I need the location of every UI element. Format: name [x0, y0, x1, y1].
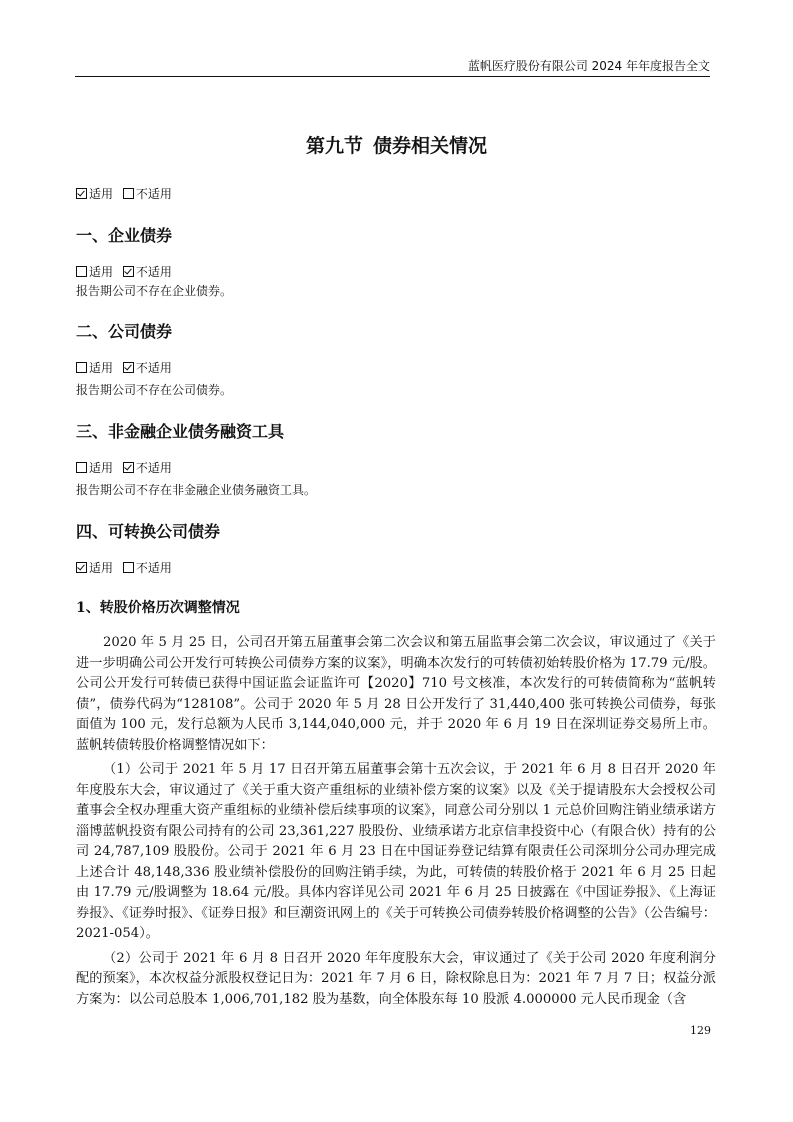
page-number: 129: [690, 1024, 711, 1037]
applicability-top: 适用 不适用: [76, 184, 716, 204]
not-applicable-label: 不适用: [136, 461, 172, 475]
checked-box-icon: [123, 362, 134, 373]
applicability-enterprise-bonds: 适用 不适用: [76, 262, 716, 282]
note-debt-financing: 报告期公司不存在非金融企业债务融资工具。: [76, 480, 716, 500]
applicability-debt-financing: 适用 不适用: [76, 458, 716, 478]
unchecked-box-icon: [123, 562, 134, 573]
body-text: 2020 年 5 月 25 日，公司召开第五届董事会第二次会议和第五届监事会第二…: [76, 633, 716, 1010]
not-applicable-label: 不适用: [136, 187, 172, 201]
not-applicable-label: 不适用: [136, 265, 172, 279]
applicable-label: 适用: [89, 461, 113, 475]
title-section-number: 第九节: [306, 135, 363, 157]
title-section-name: 债券相关情况: [373, 135, 487, 157]
paragraph-issuance: 2020 年 5 月 25 日，公司召开第五届董事会第二次会议和第五届监事会第二…: [76, 633, 716, 756]
applicable-label: 适用: [89, 561, 113, 575]
unchecked-box-icon: [76, 266, 87, 277]
applicable-label: 适用: [89, 265, 113, 279]
applicable-label: 适用: [89, 187, 113, 201]
page-header: 蓝帆医疗股份有限公司 2024 年年度报告全文: [75, 55, 710, 77]
header-text: 蓝帆医疗股份有限公司 2024 年年度报告全文: [468, 57, 710, 74]
not-applicable-label: 不适用: [136, 361, 172, 375]
unchecked-box-icon: [76, 362, 87, 373]
unchecked-box-icon: [123, 188, 134, 199]
not-applicable-label: 不适用: [136, 561, 172, 575]
section-heading-corporate-bonds: 二、公司债券: [76, 319, 716, 342]
applicability-corporate-bonds: 适用 不适用: [76, 358, 716, 378]
section-heading-convertible-bonds: 四、可转换公司债券: [76, 519, 716, 542]
note-enterprise-bonds: 报告期公司不存在企业债券。: [76, 281, 716, 301]
checked-box-icon: [123, 266, 134, 277]
section-heading-debt-financing: 三、非金融企业债务融资工具: [76, 419, 716, 442]
subsection-heading-conversion-price: 1、转股价格历次调整情况: [76, 597, 716, 617]
page-title: 第九节债券相关情况: [0, 131, 793, 158]
checked-box-icon: [123, 462, 134, 473]
note-corporate-bonds: 报告期公司不存在公司债券。: [76, 380, 716, 400]
paragraph-adjustment-2: （2）公司于 2021 年 6 月 8 日召开 2020 年年度股东大会，审议通…: [76, 949, 716, 1011]
checked-box-icon: [76, 188, 87, 199]
paragraph-adjustment-1: （1）公司于 2021 年 5 月 17 日召开第五届董事会第十五次会议，于 2…: [76, 760, 716, 945]
unchecked-box-icon: [76, 462, 87, 473]
applicability-convertible-bonds: 适用 不适用: [76, 558, 716, 578]
applicable-label: 适用: [89, 361, 113, 375]
checked-box-icon: [76, 562, 87, 573]
section-heading-enterprise-bonds: 一、企业债券: [76, 223, 716, 246]
